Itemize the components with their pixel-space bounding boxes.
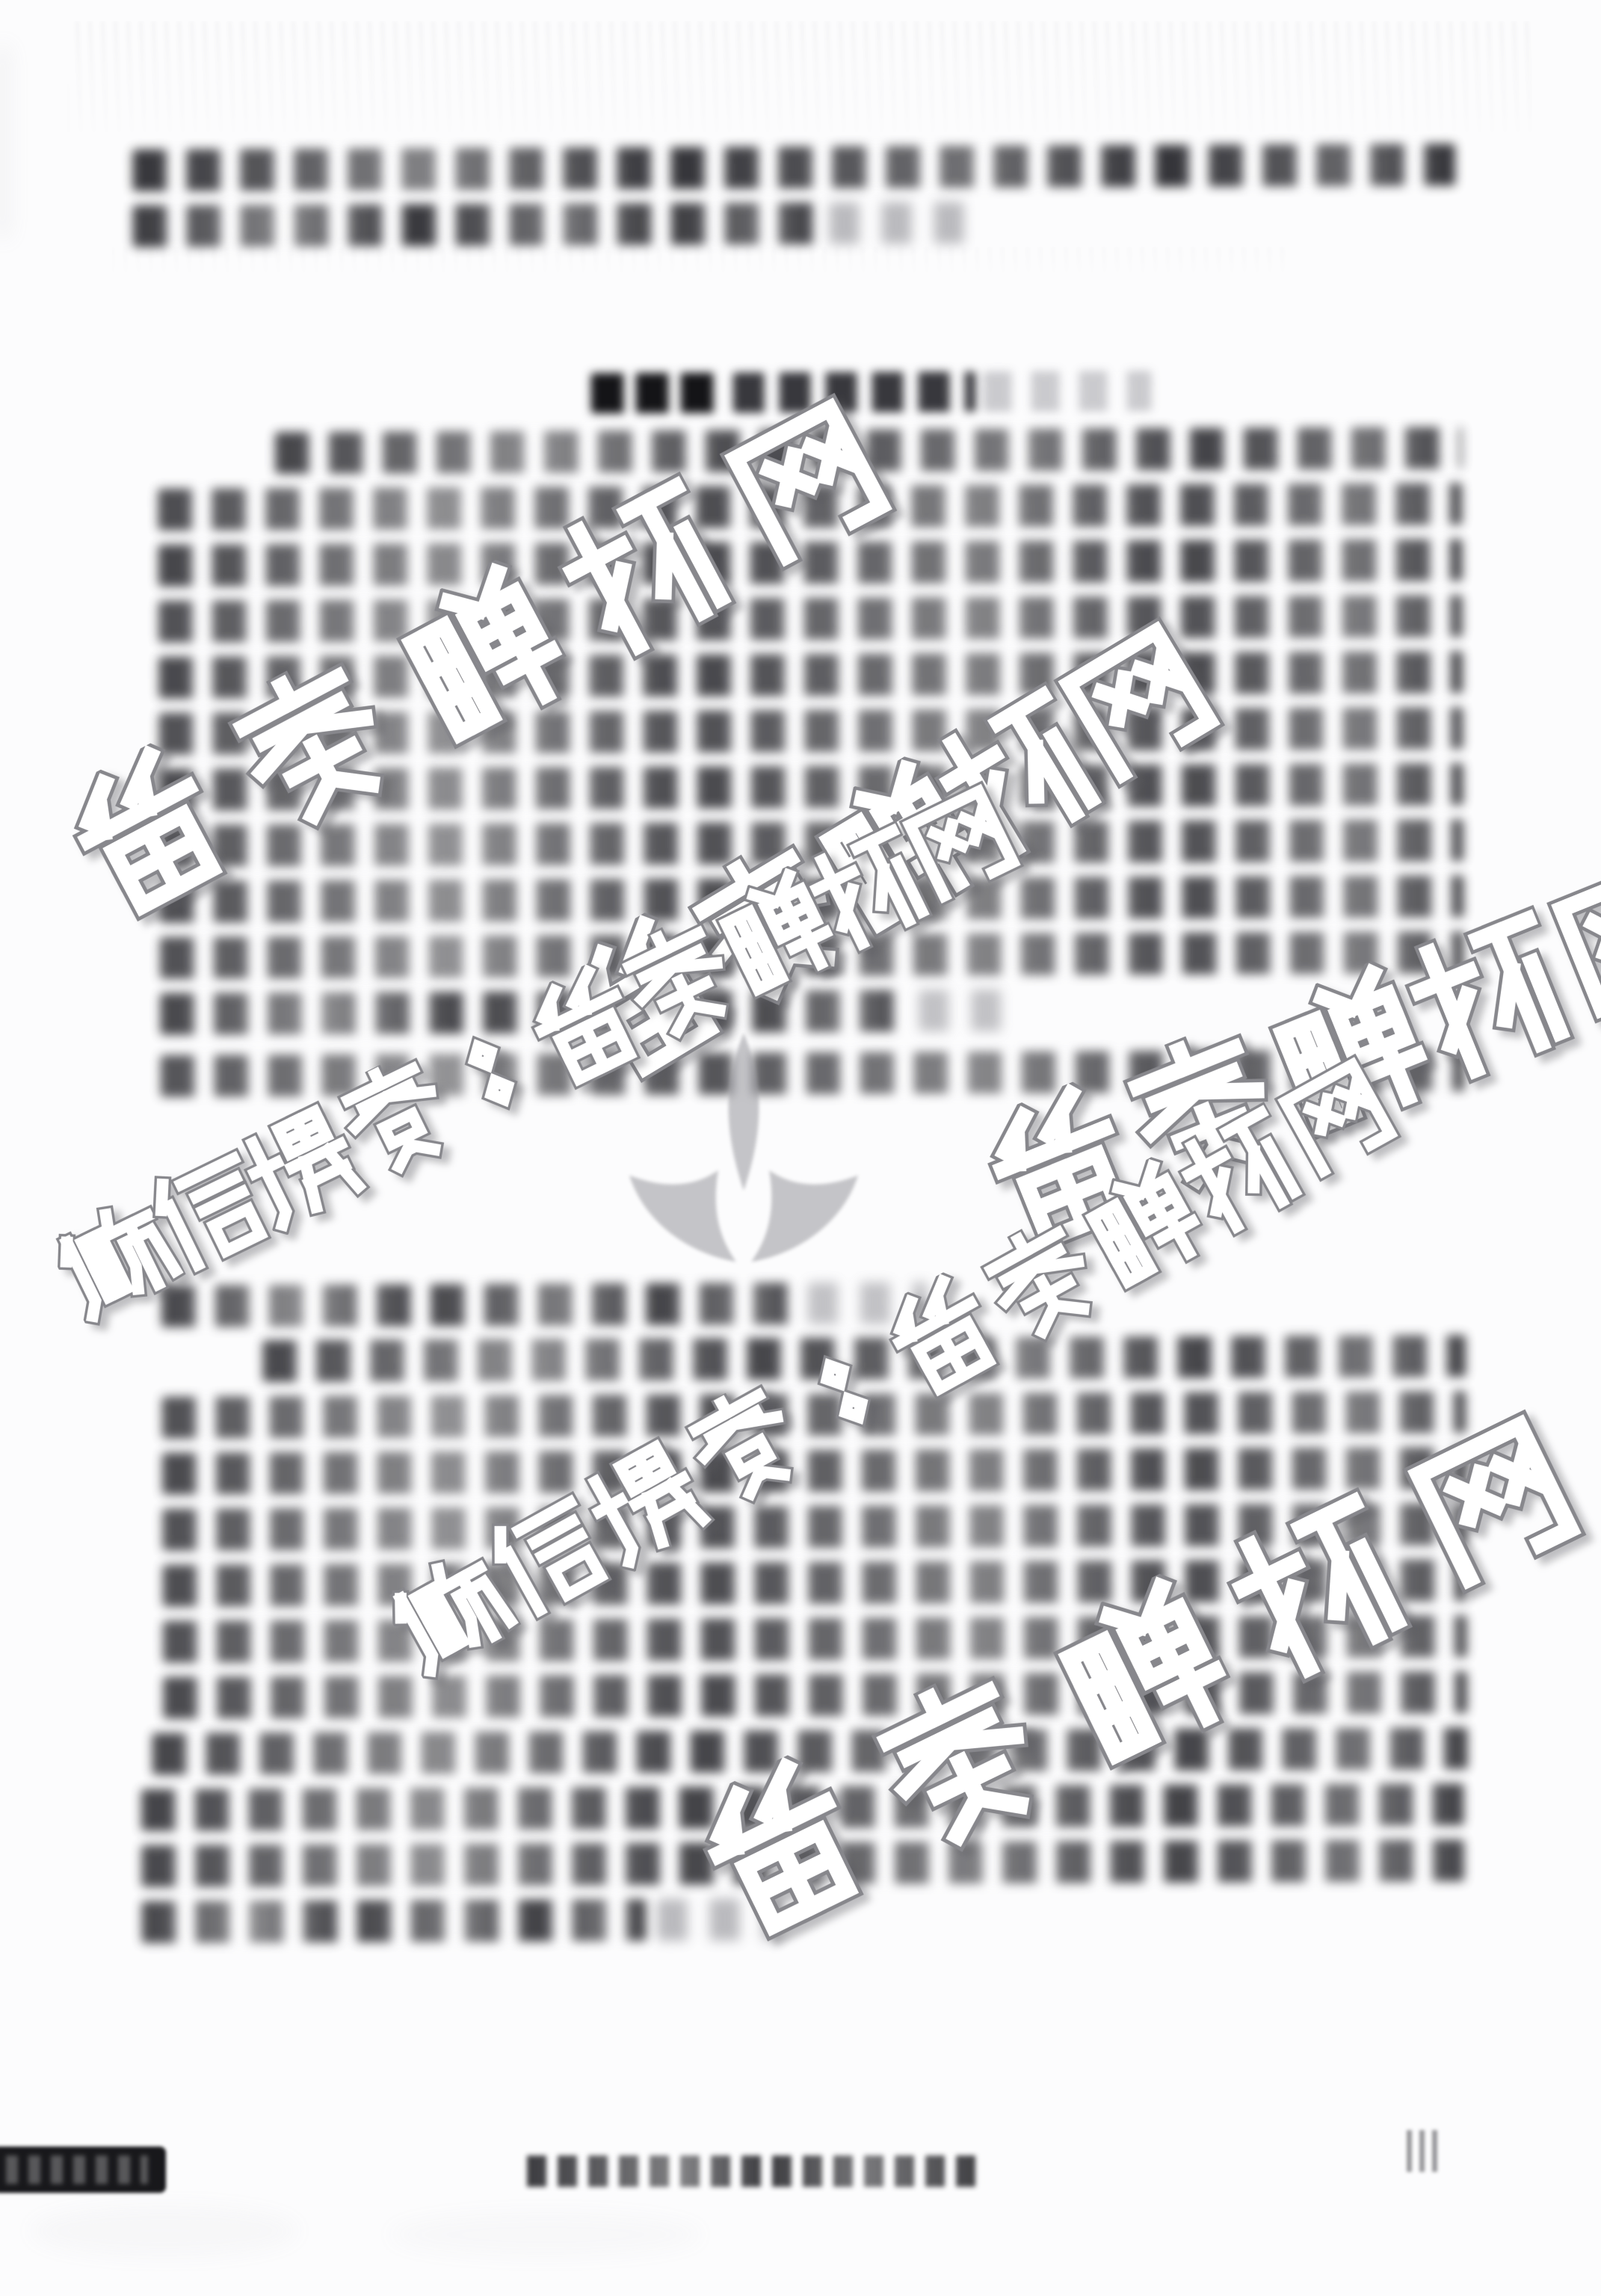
blurred-text-line [141,1839,1464,1887]
blurred-text-line [162,1559,1466,1607]
blurred-text-line [162,1503,1466,1551]
blurred-text-line [158,539,1462,587]
blurred-text-line [158,651,1463,699]
blurred-text-line [159,875,1463,923]
blurred-text-line [163,1671,1467,1719]
scanned-document-page: 答案解析网答案解析网答案解析网微信搜索：答案解析网微信搜索：答案解析网答案解析网 [0,0,1601,2296]
blurred-text-line [275,427,1462,474]
blurred-text-line [132,143,1455,191]
blurred-text-line [158,707,1463,755]
blurred-heading-segment [983,371,1151,412]
blurred-text-line [161,1283,797,1327]
blurred-text-line [160,931,1464,979]
publisher-emblem-watermark [613,1025,874,1280]
footer-badge-text [6,2155,148,2184]
footer-center-text [527,2155,987,2187]
blurred-text-line [152,1727,1467,1775]
blurred-text-line [262,1335,1466,1382]
footer-left-badge [0,2147,166,2193]
blurred-text-line [829,202,975,244]
blurred-text-line [162,1447,1466,1495]
blurred-text-line [141,1899,646,1943]
blurred-text-line [158,483,1462,531]
blurred-heading-segment [590,372,715,413]
blurred-text-line [161,1391,1466,1439]
footer-page-marker [1407,2130,1441,2172]
blurred-text-line [163,1615,1467,1663]
blurred-text-line [159,819,1463,867]
blurred-text-line [141,1783,1464,1831]
blurred-text-line [919,990,1008,1032]
blurred-text-line [132,203,818,247]
blurred-text-line [657,1898,780,1941]
blurred-text-line [159,763,1463,811]
blurred-heading-segment [732,371,975,413]
blurred-text-line [158,595,1463,643]
blurred-text-line [808,1282,928,1324]
